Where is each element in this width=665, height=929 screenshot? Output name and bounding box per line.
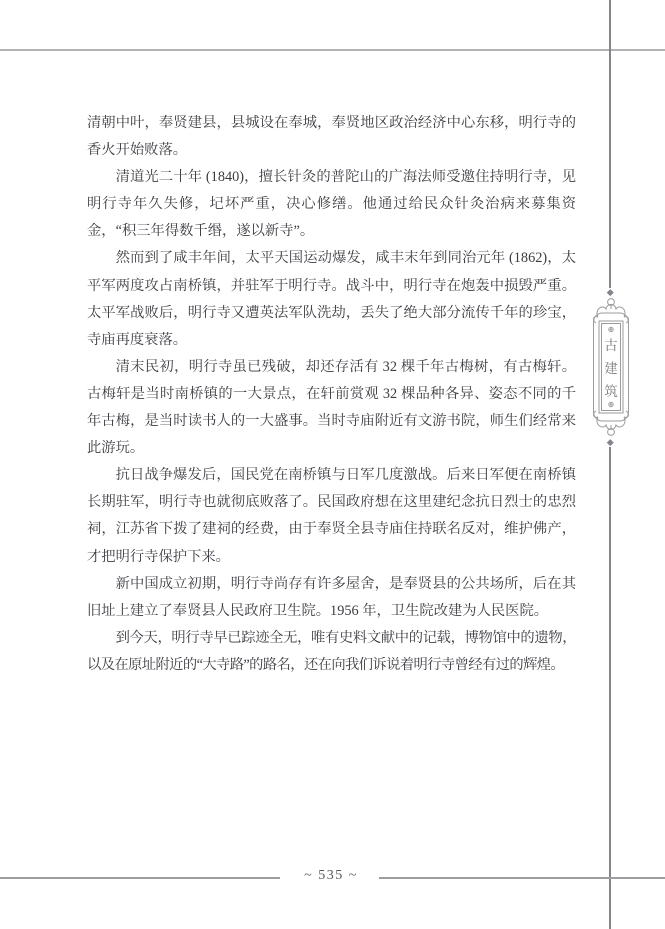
paragraph-2: 清道光二十年 (1840)，擅长针灸的普陀山的广海法师受邀住持明行寺，见明行寺年… (87, 164, 576, 245)
tab-char-2: 建 (604, 360, 618, 376)
top-border-rule (0, 49, 665, 51)
paragraph-1: 清朝中叶，奉贤建县，县城设在奉城，奉贤地区政治经济中心东移，明行寺的香火开始败落… (87, 110, 576, 164)
paragraph-7: 到今天，明行寺早已踪迹全无，唯有史料文献中的记载，博物馆中的遗物，以及在原址附近… (87, 625, 576, 679)
page-body-text: 清朝中叶，奉贤建县，县城设在奉城，奉贤地区政治经济中心东移，明行寺的香火开始败落… (87, 110, 576, 679)
book-page: { "document": { "kind": "scanned-book-pa… (0, 0, 665, 929)
rule-end-diamond-top (607, 289, 613, 295)
paragraph-6: 新中国成立初期，明行寺尚存有许多屋舍，是奉贤县的公共场所，后在其旧址上建立了奉贤… (87, 571, 576, 625)
page-number: ~ 535 ~ (256, 868, 406, 884)
paragraph-3: 然而到了咸丰年间，太平天国运动爆发，咸丰末年到同治元年 (1862)，太平军两度… (87, 245, 576, 353)
tab-char-3: 筑 (604, 384, 618, 399)
tab-char-1: 古 (604, 337, 618, 353)
right-margin-rule-lower (609, 447, 611, 929)
chapter-tab-cartouche: 古 建 筑 (588, 296, 634, 438)
paragraph-5: 抗日战争爆发后，国民党在南桥镇与日军几度激战。后来日军便在南桥镇长期驻军，明行寺… (87, 462, 576, 570)
right-margin-rule-upper (609, 0, 611, 288)
paragraph-4: 清末民初，明行寺虽已残破，却还存活有 32 棵千年古梅树，有古梅轩。古梅轩是当时… (87, 354, 576, 462)
footer-rule-right (379, 877, 665, 879)
rule-end-diamond-bottom (607, 439, 613, 445)
footer-rule-left (0, 877, 280, 879)
cartouche-ornament-icon: 古 建 筑 (588, 296, 634, 438)
